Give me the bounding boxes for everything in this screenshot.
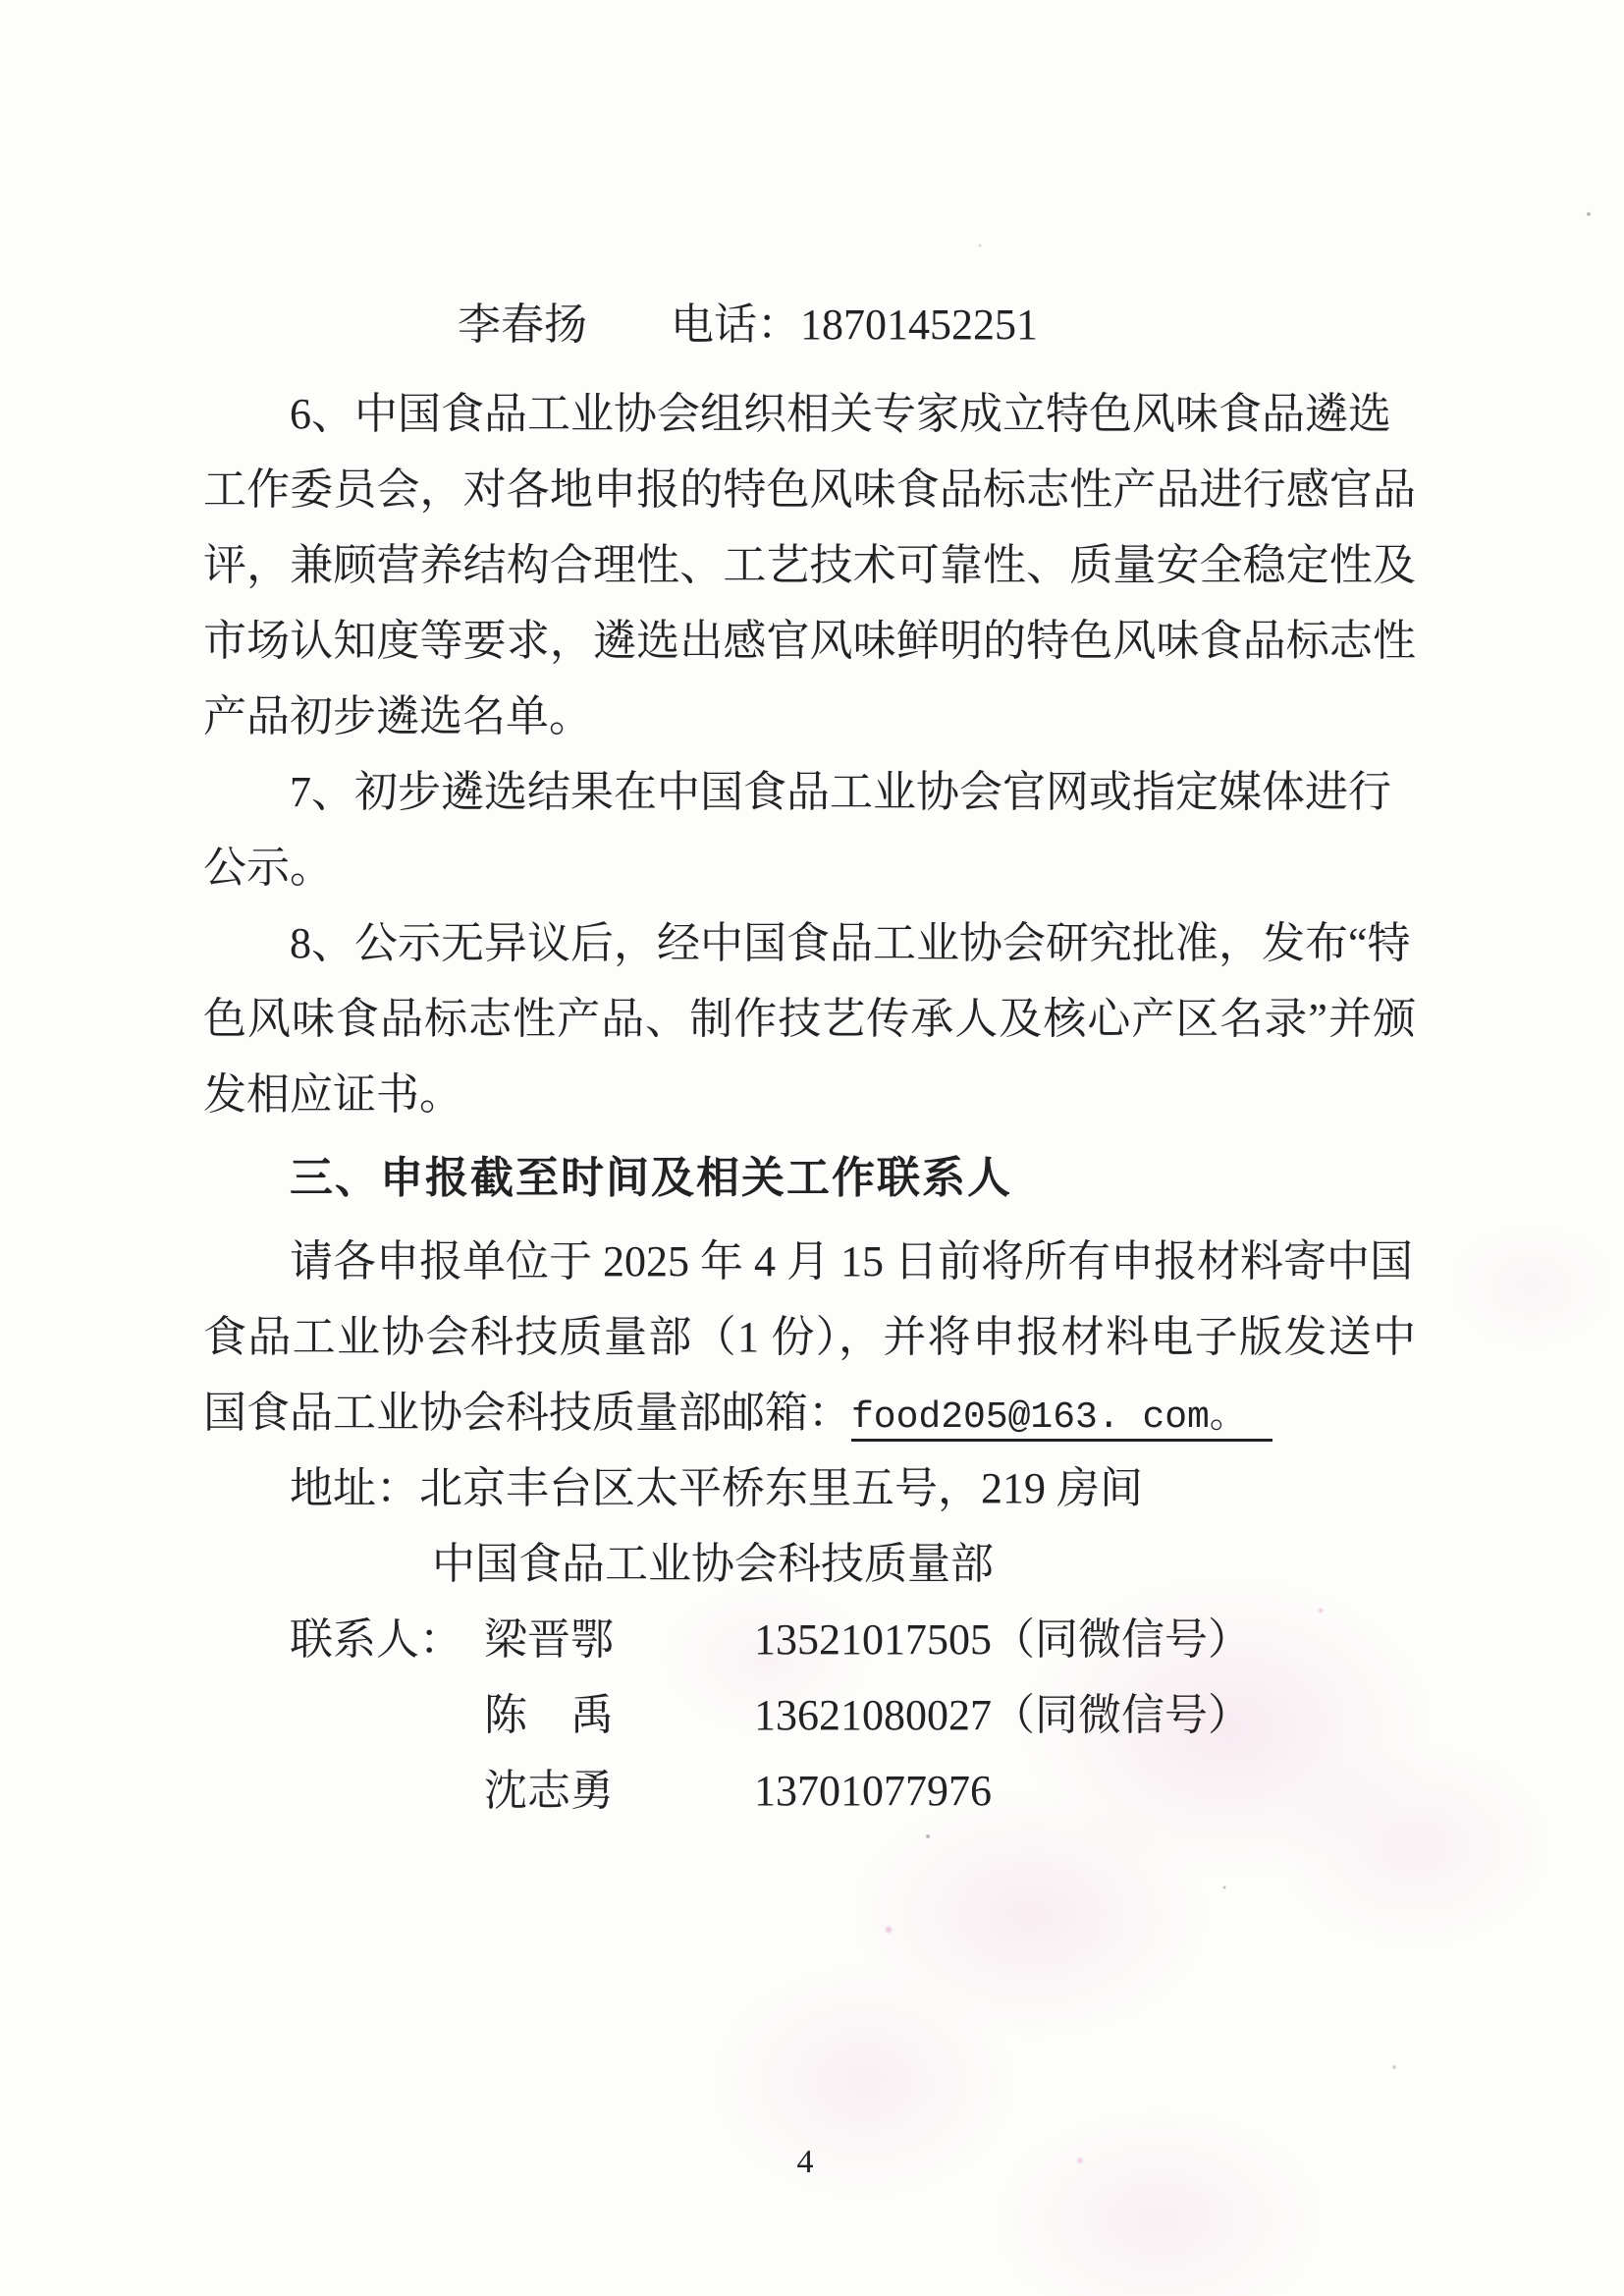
contact-row-1: 联系人： 梁晋鄂 13521017505（同微信号） — [203, 1602, 1416, 1677]
item6-line5: 产品初步遴选名单。 — [203, 679, 1416, 754]
contact-row-2: 陈 禹 13621080027（同微信号） — [203, 1677, 1416, 1753]
contacts-label: 联系人： — [290, 1602, 462, 1677]
contact2-name: 陈 禹 — [484, 1677, 614, 1753]
email-address: food205@163. com。 — [851, 1396, 1272, 1442]
contact3-phone: 13701077976 — [754, 1753, 992, 1829]
item7-line1: 7、初步遴选结果在中国食品工业协会官网或指定媒体进行 — [203, 754, 1416, 830]
phone-number: 18701452251 — [800, 301, 1038, 349]
section3-para-line1: 请各申报单位于 2025 年 4 月 15 日前将所有申报材料寄中国 — [203, 1224, 1416, 1299]
contact1-phone: 13521017505（同微信号） — [754, 1602, 1251, 1677]
section3-heading: 三、申报截至时间及相关工作联系人 — [203, 1140, 1416, 1216]
contact-row-3: 沈志勇 13701077976 — [203, 1753, 1416, 1829]
contact1-name: 梁晋鄂 — [484, 1602, 614, 1677]
item8-line1: 8、公示无异议后，经中国食品工业协会研究批准，发布“特 — [203, 905, 1416, 981]
item8-line2: 色风味食品标志性产品、制作技艺传承人及核心产区名录”并颁 — [203, 981, 1416, 1057]
page-number: 4 — [0, 2143, 1610, 2182]
phone-label: 电话： — [671, 301, 800, 349]
section3-para-line2: 食品工业协会科技质量部（1 份），并将申报材料电子版发送中 — [203, 1299, 1416, 1375]
contact-person-name: 李春扬 — [458, 287, 587, 362]
section3-para-line3: 国食品工业协会科技质量部邮箱：food205@163. com。 — [203, 1375, 1416, 1450]
document-text-block: 李春扬 电话：18701452251 6、中国食品工业协会组织相关专家成立特色风… — [203, 287, 1416, 1829]
scanned-document-page: 李春扬 电话：18701452251 6、中国食品工业协会组织相关专家成立特色风… — [0, 0, 1624, 2296]
contact3-name: 沈志勇 — [484, 1753, 614, 1829]
email-line-prefix: 国食品工业协会科技质量部邮箱： — [203, 1389, 851, 1437]
item6-line3: 评，兼顾营养结构合理性、工艺技术可靠性、质量安全稳定性及 — [203, 527, 1416, 603]
contact-phone-group: 电话：18701452251 — [671, 287, 1038, 362]
item6-line4: 市场认知度等要求，遴选出感官风味鲜明的特色风味食品标志性 — [203, 603, 1416, 679]
address-line1: 地址：北京丰台区太平桥东里五号，219 房间 — [203, 1450, 1416, 1526]
address-line2: 中国食品工业协会科技质量部 — [203, 1526, 1416, 1602]
item6-line1: 6、中国食品工业协会组织相关专家成立特色风味食品遴选 — [203, 376, 1416, 452]
item7-line2: 公示。 — [203, 830, 1416, 905]
item8-line3: 发相应证书。 — [203, 1057, 1416, 1132]
item6-line2: 工作委员会，对各地申报的特色风味食品标志性产品进行感官品 — [203, 452, 1416, 527]
contact-continuation-line: 李春扬 电话：18701452251 — [203, 287, 1416, 362]
contact2-phone: 13621080027（同微信号） — [754, 1677, 1251, 1753]
